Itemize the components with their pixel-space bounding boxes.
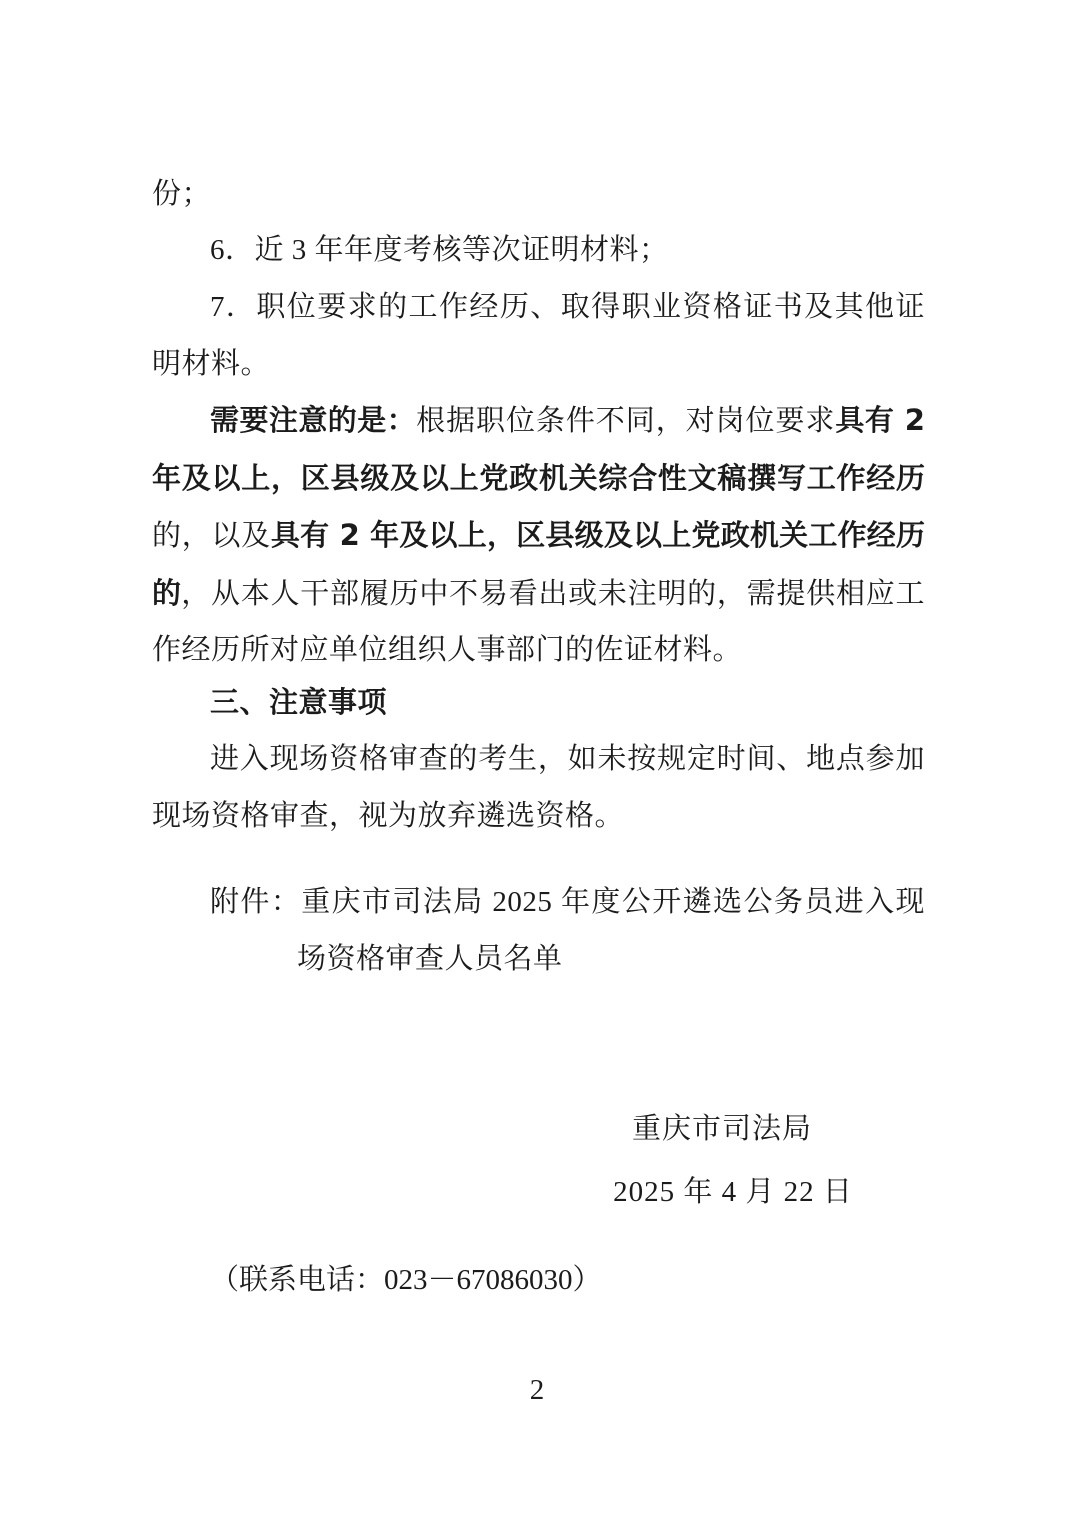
body-paragraph-notes: 进入现场资格审查的考生，如未按规定时间、地点参加现场资格审查，视为放弃遴选资格。	[152, 731, 925, 844]
regular-run: 的，以及	[152, 520, 271, 552]
section-heading: 三、注意事项	[152, 674, 925, 731]
signature-issuer-text: 重庆市司法局	[632, 1113, 812, 1145]
page-number: 2	[0, 1372, 1074, 1408]
signature-issuer: 重庆市司法局	[632, 1101, 812, 1158]
body-paragraph-item-7: 7．职位要求的工作经历、取得职业资格证书及其他证明材料。	[152, 279, 925, 392]
signature-date-text: 2025 年 4 月 22 日	[613, 1176, 853, 1208]
paragraph-text: 6．近 3 年年度考核等次证明材料；	[210, 234, 669, 266]
paragraph-text: 份；	[152, 178, 211, 210]
attachment-label: 附件：	[210, 886, 301, 918]
signature-date: 2025 年 4 月 22 日	[613, 1164, 853, 1221]
contact-phone-text: （联系电话：023－67086030）	[210, 1264, 602, 1296]
paragraph-text: 7．职位要求的工作经历、取得职业资格证书及其他证明材料。	[152, 291, 925, 380]
regular-run: ，从本人干部履历中不易看出或未注明的，需提供相应工作经历所对应单位组织人事部门的…	[152, 578, 925, 667]
paragraph-text: 进入现场资格审查的考生，如未按规定时间、地点参加现场资格审查，视为放弃遴选资格。	[152, 743, 925, 832]
section-heading-text: 三、注意事项	[210, 685, 387, 719]
body-paragraph-item-6: 6．近 3 年年度考核等次证明材料；	[152, 222, 925, 279]
regular-run: 根据职位条件不同，对岗位要求	[416, 405, 835, 437]
bold-run: 需要注意的是：	[210, 403, 416, 437]
document-page: 份； 6．近 3 年年度考核等次证明材料； 7．职位要求的工作经历、取得职业资格…	[0, 0, 1074, 1520]
page-number-text: 2	[530, 1374, 545, 1406]
attachment-title: 重庆市司法局 2025 年度公开遴选公务员进入现场资格审查人员名单	[297, 886, 925, 975]
contact-phone: （联系电话：023－67086030）	[152, 1252, 925, 1309]
body-paragraph-continuation: 份；	[152, 166, 925, 223]
attachment-note: 附件：重庆市司法局 2025 年度公开遴选公务员进入现场资格审查人员名单	[152, 874, 925, 987]
body-paragraph-notice: 需要注意的是：根据职位条件不同，对岗位要求具有 2 年及以上，区县级及以上党政机…	[152, 392, 925, 679]
